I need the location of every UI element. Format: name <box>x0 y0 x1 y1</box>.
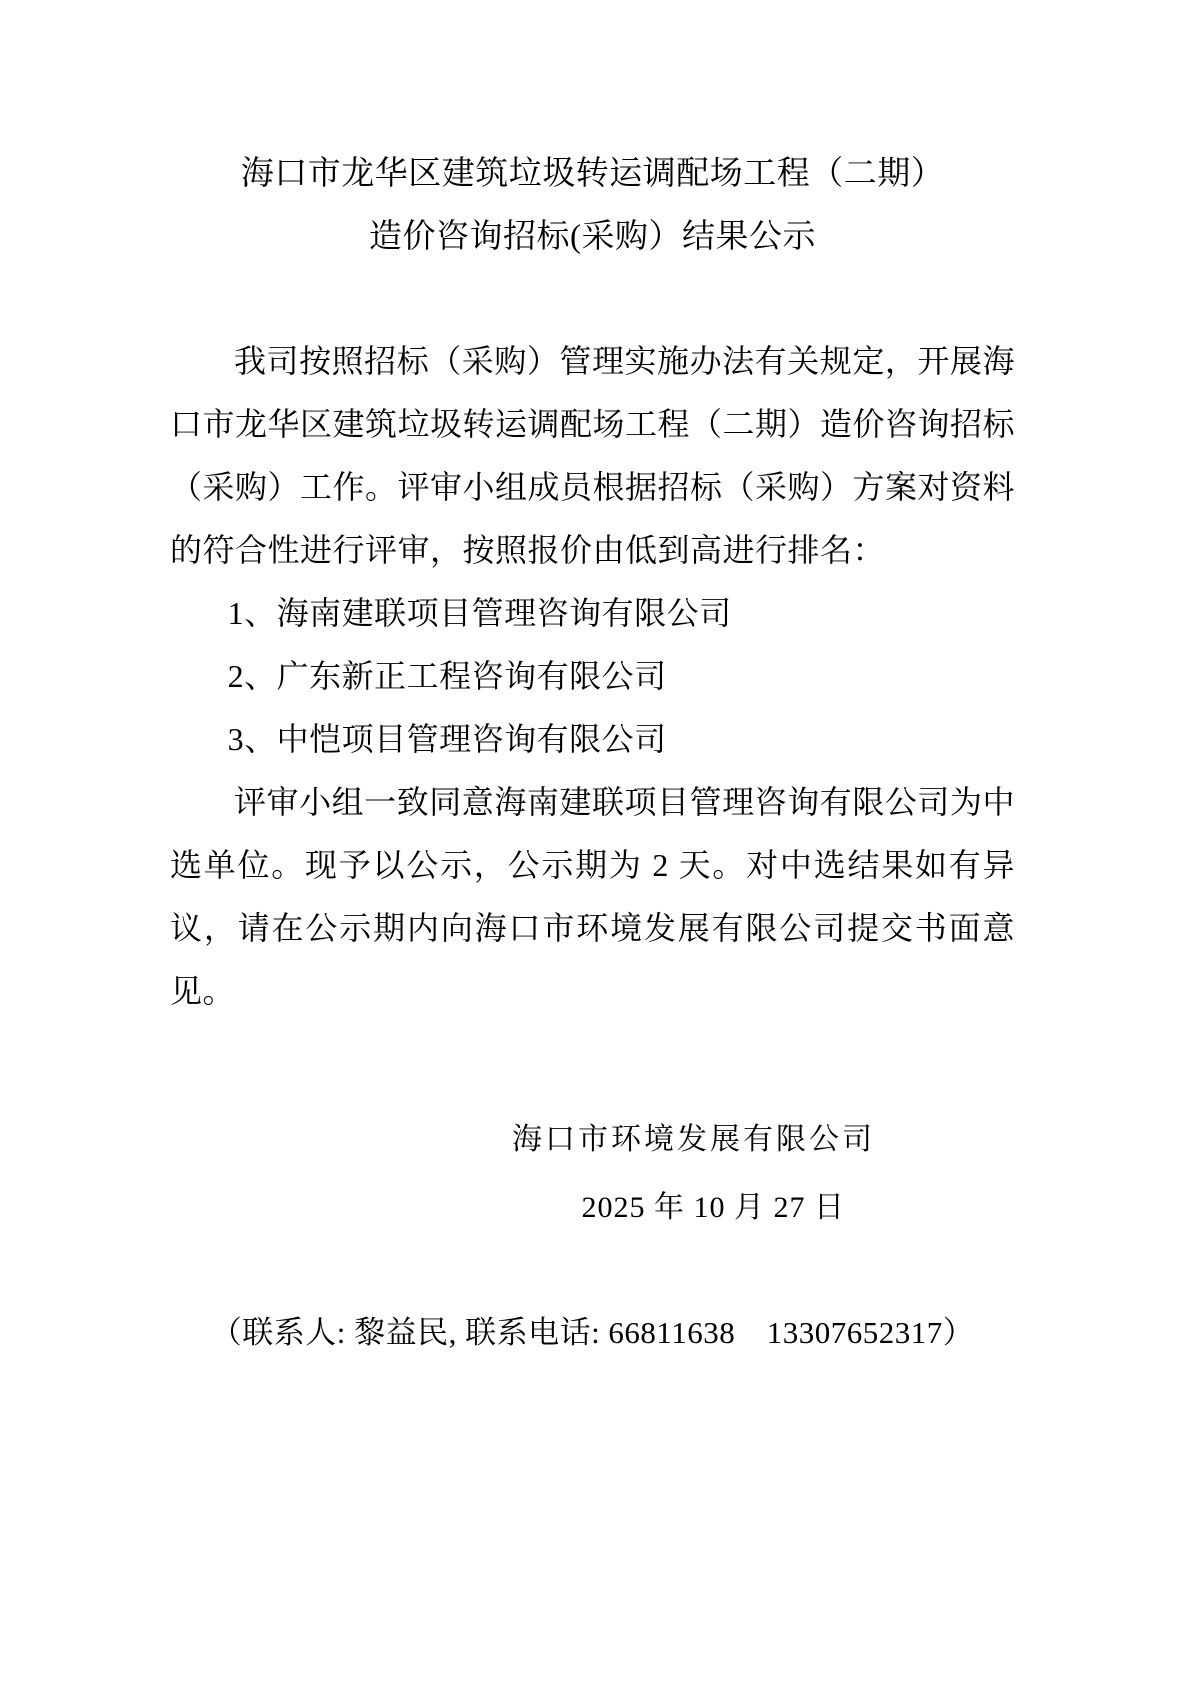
title-line-1: 海口市龙华区建筑垃圾转运调配场工程（二期） <box>170 143 1015 206</box>
signature-date: 2025 年 10 月 27 日 <box>170 1176 1015 1239</box>
document-title: 海口市龙华区建筑垃圾转运调配场工程（二期） 造价咨询招标(采购）结果公示 <box>170 143 1015 269</box>
signature-company: 海口市环境发展有限公司 <box>170 1108 1015 1171</box>
ranking-item-2: 2、广东新正工程咨询有限公司 <box>228 645 1015 708</box>
title-line-2: 造价咨询招标(采购）结果公示 <box>170 206 1015 269</box>
decision-paragraph: 评审小组一致同意海南建联项目管理咨询有限公司为中选单位。现予以公示，公示期为 2… <box>170 771 1015 1023</box>
contact-info: （联系人: 黎益民, 联系电话: 66811638 13307652317） <box>170 1301 1015 1364</box>
ranking-item-3: 3、中恺项目管理咨询有限公司 <box>228 708 1015 771</box>
document-page: 海口市龙华区建筑垃圾转运调配场工程（二期） 造价咨询招标(采购）结果公示 我司按… <box>0 0 1190 1683</box>
signature-block: 海口市环境发展有限公司 2025 年 10 月 27 日 <box>170 1108 1015 1239</box>
ranking-item-1: 1、海南建联项目管理咨询有限公司 <box>228 582 1015 645</box>
intro-paragraph: 我司按照招标（采购）管理实施办法有关规定，开展海口市龙华区建筑垃圾转运调配场工程… <box>170 330 1015 582</box>
ranking-list: 1、海南建联项目管理咨询有限公司 2、广东新正工程咨询有限公司 3、中恺项目管理… <box>170 582 1015 771</box>
document-body: 我司按照招标（采购）管理实施办法有关规定，开展海口市龙华区建筑垃圾转运调配场工程… <box>170 330 1015 1364</box>
